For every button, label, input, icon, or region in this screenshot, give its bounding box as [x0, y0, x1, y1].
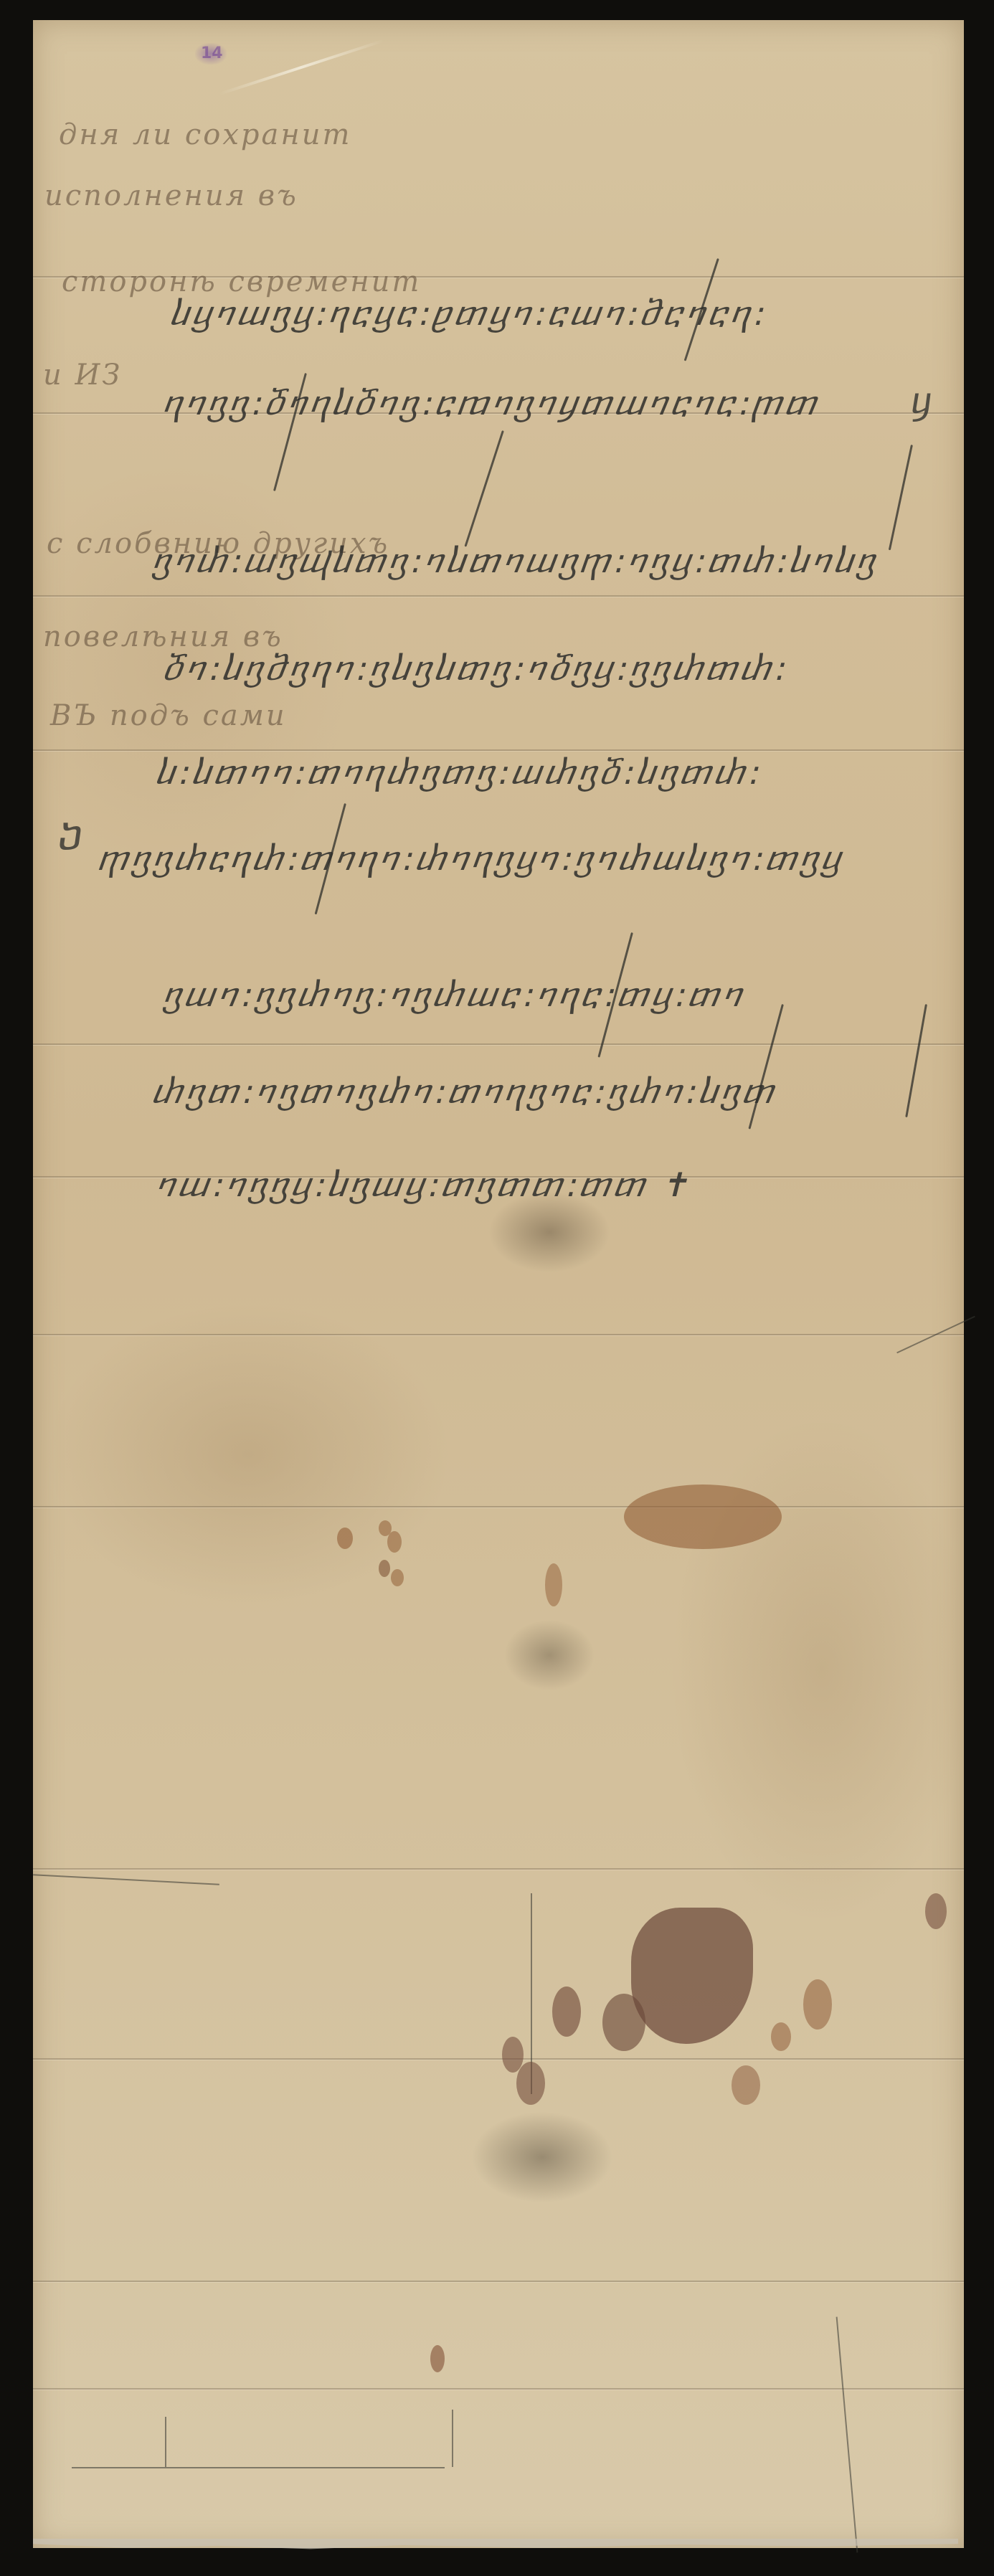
fold-line: [33, 2058, 964, 2060]
ink-dot: [379, 1560, 390, 1577]
ink-stain: [552, 1987, 581, 2037]
paper-crack: [452, 2410, 453, 2467]
georgian-text-line: ⴑⴁⴈⴍⴂⴁ:ⴄⴀⴁⴀ:ⴒⴇⴁⴈ:ⴀⴍⴈ:ⴋⴀⴈⴀⴄ:: [167, 294, 773, 333]
russian-text-line: дня ли сохранит: [59, 118, 351, 151]
georgian-text-line: ⴄⴈⴂⴂ:ⴃⴈⴄⴑⴃⴈⴂ:ⴀⴊⴈⴂⴈⴘⴇⴍⴈⴀⴈⴀ:ⴜⴇ: [160, 384, 826, 422]
stamp-number: 14: [201, 44, 223, 62]
margin-mark: ⴘ: [911, 380, 932, 422]
ink-dot: [391, 1569, 404, 1586]
georgian-text-line: ⴑ:ⴑⴇⴈⴈ:ⴇⴈⴄⴐⴂⴇⴂ:ⴍⴐⴂⴃ:ⴑⴂⴇⴐ:: [153, 753, 769, 792]
ink-stain: [602, 1994, 645, 2051]
georgian-text-line: ⴈⴍ:ⴈⴂⴂⴁ:ⴑⴂⴍⴁ:ⴇⴂⴇⴇ:ⴇⴇ ✝: [153, 1165, 699, 1204]
ink-dot: [387, 1531, 402, 1553]
fold-line: [33, 595, 964, 597]
fold-line: [33, 749, 964, 751]
paper-crack: [72, 2467, 445, 2468]
russian-text-line: ВЪ подъ сами: [50, 699, 287, 732]
georgian-text-line: ⴅⴂⴂⴐⴀⴄⴐ:ⴇⴈⴄⴈ:ⴐⴈⴄⴂⴁⴈ:ⴂⴈⴐⴍⴑⴂⴈ:ⴇⴂⴁ: [95, 839, 851, 878]
georgian-text-line: ⴂⴍⴈ:ⴂⴂⴐⴈⴂ:ⴈⴂⴐⴍⴀ:ⴈⴄⴀ:ⴇⴁ:ⴇⴈ: [160, 975, 752, 1014]
ink-dot: [430, 2345, 445, 2372]
fold-line: [33, 1868, 964, 1870]
fold-line: [33, 1334, 964, 1335]
fold-line: [33, 2388, 964, 2390]
ink-dot: [337, 1528, 353, 1549]
fold-line: [33, 1043, 964, 1045]
ink-stain: [732, 2065, 760, 2105]
georgian-text-line: ⴐⴂⴇ:ⴈⴂⴇⴈⴂⴐⴈ:ⴇⴈⴄⴂⴈⴀ:ⴂⴐⴈ:ⴑⴂⴇ: [149, 1072, 783, 1111]
paper-crack: [165, 2417, 166, 2467]
fold-line: [33, 2281, 964, 2282]
georgian-text-line: ⴃⴈ:ⴑⴂⴋⴂⴄⴈ:ⴂⴑⴂⴑⴇⴂ:ⴈⴃⴂⴁ:ⴂⴂⴐⴇⴐ:: [160, 649, 795, 688]
ink-dot: [545, 1563, 562, 1606]
georgian-text-line: ⴂⴈⴐ:ⴍⴂⴓⴑⴇⴂ:ⴈⴑⴇⴈⴍⴂⴅ:ⴈⴂⴁ:ⴇⴐ:ⴑⴈⴑⴂ: [149, 541, 884, 580]
initial-letter-mark: ⴢ: [57, 810, 83, 861]
russian-text-line: и ИЗ: [43, 359, 122, 392]
ink-dot: [925, 1893, 947, 1929]
ink-stain: [516, 2062, 545, 2105]
russian-text-line: исполнения въ: [44, 179, 298, 212]
ink-stain: [803, 1979, 832, 2030]
ink-dot: [771, 2022, 791, 2051]
ink-stain: [624, 1484, 782, 1549]
fold-line: [33, 1506, 964, 1507]
